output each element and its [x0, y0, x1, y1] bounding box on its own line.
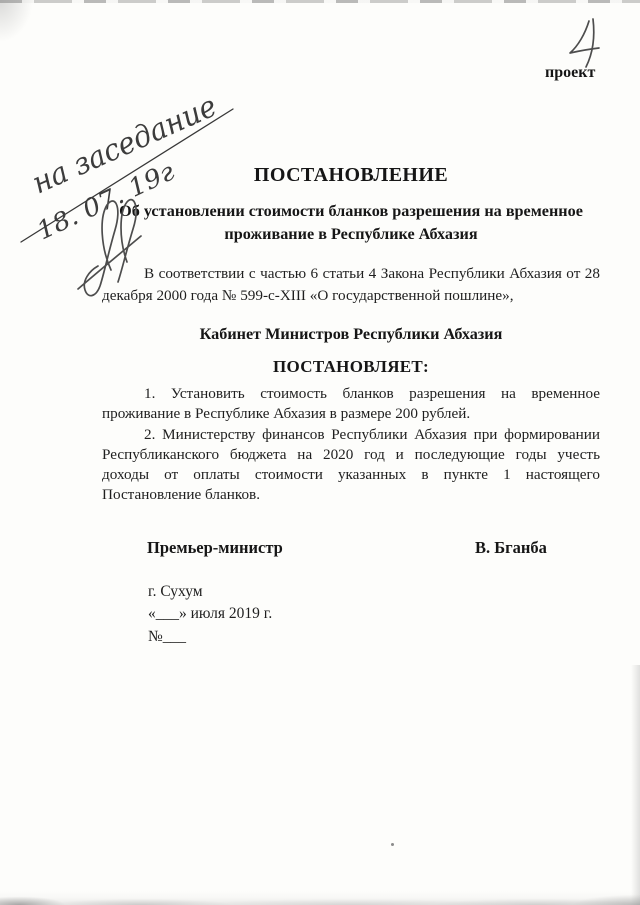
scanned-document-page: проект ПОСТАНОВЛЕНИЕ Об установлении сто…: [0, 0, 640, 905]
decree-verb: ПОСТАНОВЛЯЕТ:: [102, 357, 600, 377]
preamble-line-2: декабря 2000 года № 599-с-XIII «О госуда…: [102, 285, 600, 307]
item-2-line-3: доходы от оплаты стоимости указанных в п…: [102, 465, 600, 485]
document-title: ПОСТАНОВЛЕНИЕ: [102, 163, 600, 187]
decree-items: 1. Установить стоимость бланков разрешен…: [102, 384, 600, 506]
preamble: В соответствии с частью 6 статьи 4 Закон…: [102, 263, 600, 306]
date-line: «___» июля 2019 г.: [148, 605, 272, 623]
item-2-line-4: Постановление бланков.: [102, 485, 600, 505]
signature-position: Премьер-министр: [147, 538, 283, 558]
item-1-line-2: проживание в Республике Абхазия в размер…: [102, 404, 600, 424]
city-line: г. Сухум: [148, 583, 203, 601]
scan-edge-bottom: [0, 891, 640, 905]
scan-edge-right: [631, 665, 640, 905]
scan-edge-top: [0, 0, 640, 3]
subtitle-line-1: Об установлении стоимости бланков разреш…: [102, 200, 600, 223]
item-1-line-1: 1. Установить стоимость бланков разрешен…: [102, 384, 600, 404]
scan-smudge-top-left: [0, 0, 52, 70]
number-line: №___: [148, 628, 186, 646]
item-2-line-2: Республиканского бюджета на 2020 год и п…: [102, 445, 600, 465]
item-2-line-1: 2. Министерству финансов Республики Абха…: [102, 425, 600, 445]
handwritten-page-number-icon: [570, 19, 599, 67]
draft-label: проект: [545, 64, 595, 82]
signature-name: В. Бганба: [475, 538, 547, 558]
preamble-line-1: В соответствии с частью 6 статьи 4 Закон…: [102, 263, 600, 285]
subtitle-line-2: проживание в Республике Абхазия: [102, 223, 600, 246]
authority-line: Кабинет Министров Республики Абхазия: [102, 325, 600, 344]
scan-speck: [391, 843, 394, 846]
document-subtitle: Об установлении стоимости бланков разреш…: [102, 200, 600, 246]
